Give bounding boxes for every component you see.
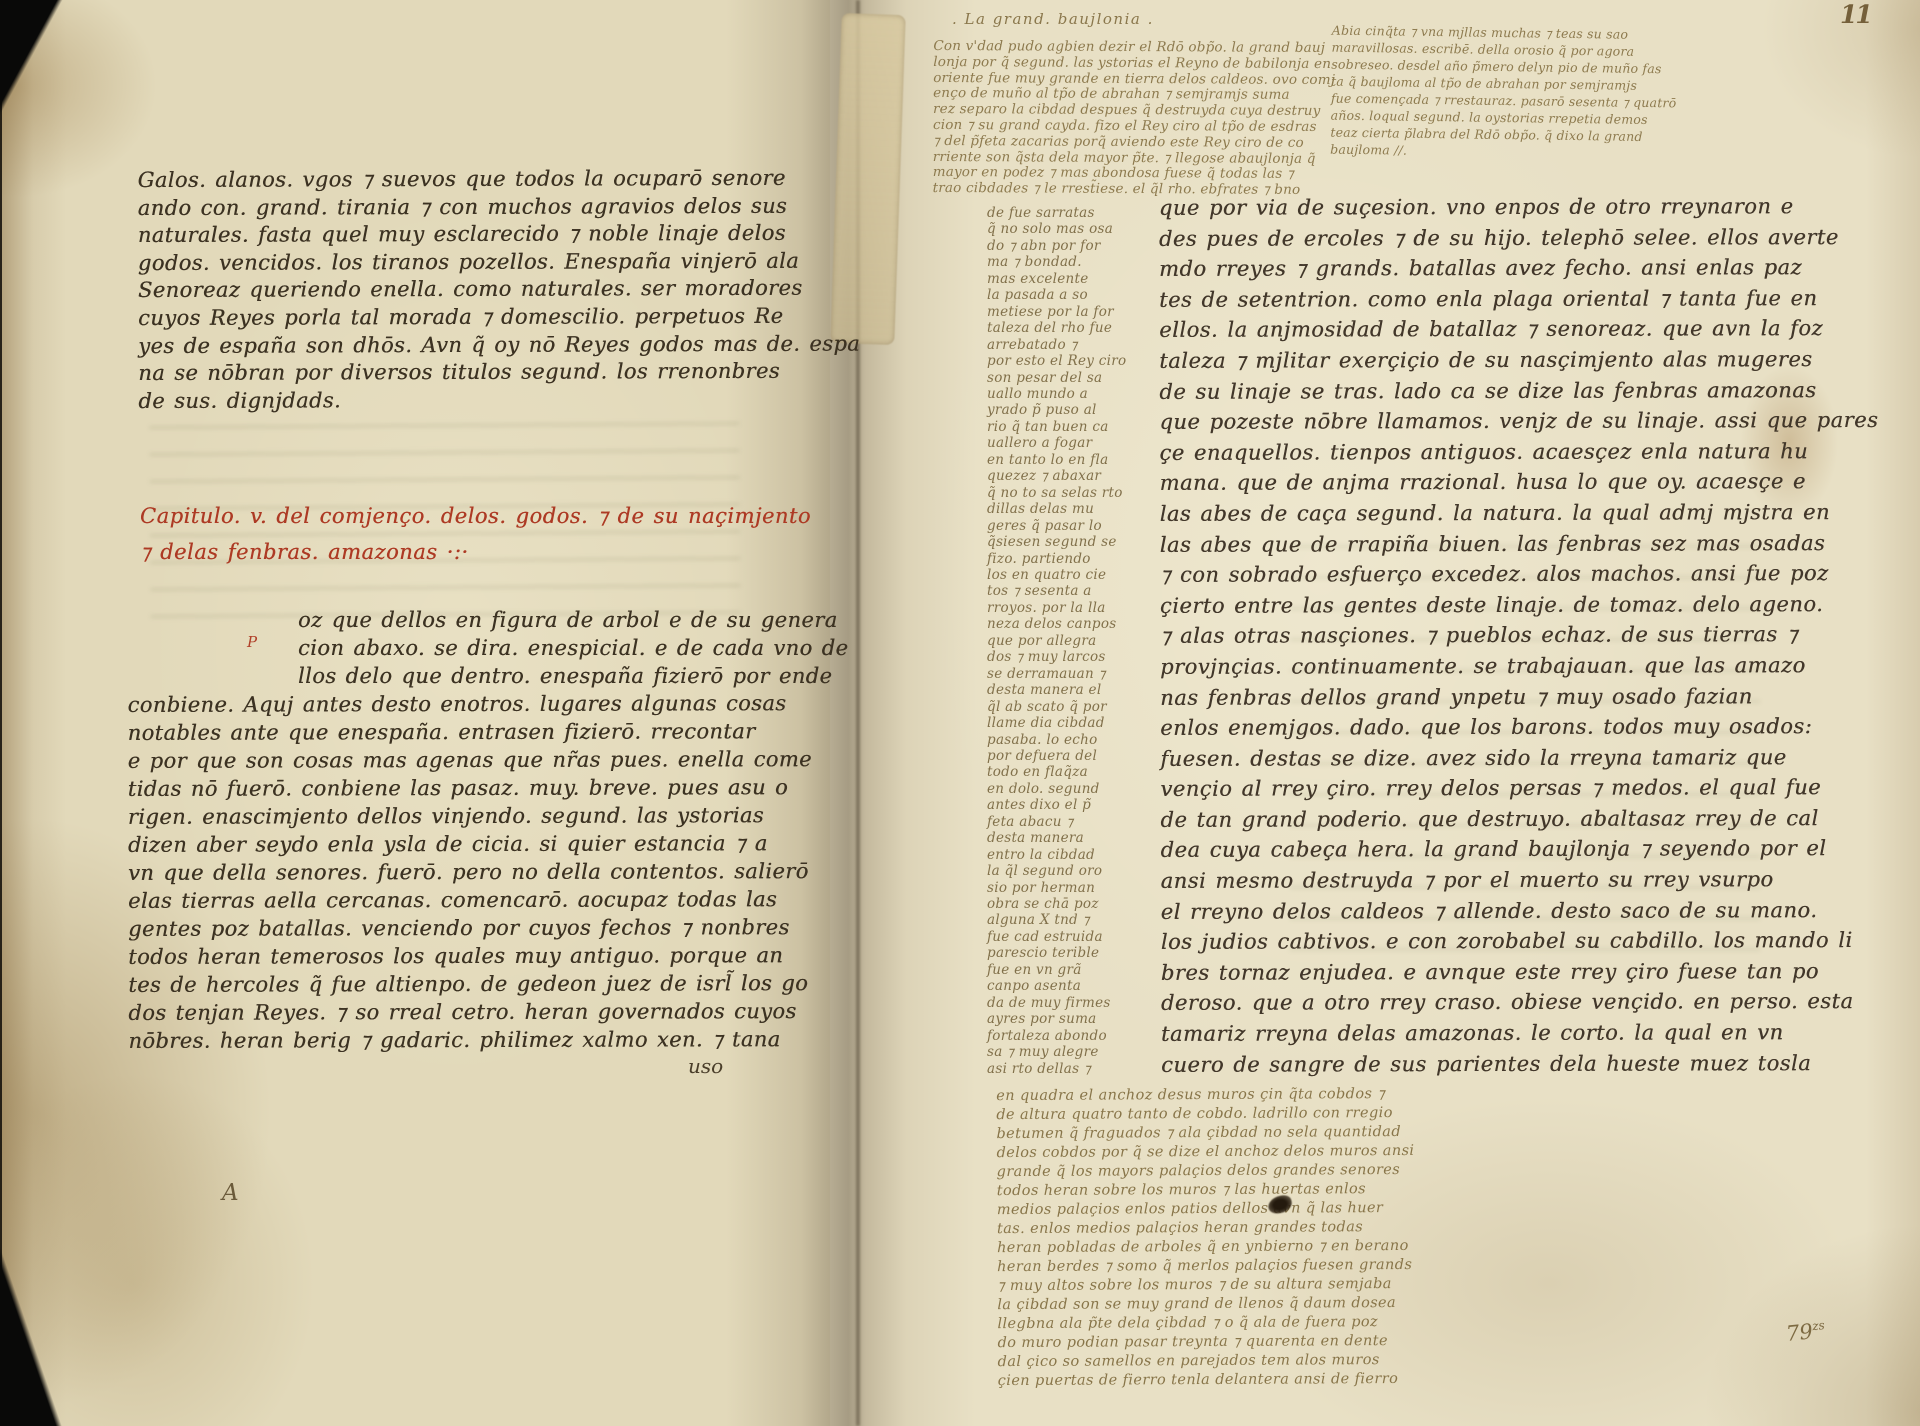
text-line: la pasada a so <box>987 287 1165 303</box>
text-line: tidas nō fuerō. conbiene las pasaz. muy.… <box>128 773 812 803</box>
text-line: que por allegra <box>987 633 1165 649</box>
text-line: pasaba. lo echo <box>987 732 1165 748</box>
text-line: Senoreaz queriendo enella. como naturale… <box>138 275 743 305</box>
text-line: entro la cibdad <box>987 847 1165 863</box>
text-line: metiese por la for <box>987 304 1165 320</box>
text-line: en tanto lo en fla <box>987 452 1165 468</box>
text-line: Capitulo. v. del comjenço. delos. godos.… <box>140 498 811 534</box>
text-line: mana. que de anjma rrazional. husa lo qu… <box>1160 466 1810 498</box>
binding-repair-tape <box>830 13 905 345</box>
text-line: que por via de suçesion. vno enpos de ot… <box>1159 191 1809 223</box>
text-line: yrado p̃ puso al <box>987 402 1165 418</box>
text-line: ma ⁊ bondad. <box>987 254 1165 270</box>
text-line: da de muy firmes <box>987 995 1165 1011</box>
text-line: dos tenjan Reyes. ⁊ so rreal cetro. hera… <box>128 997 812 1027</box>
text-line: alguna X tnd ⁊ <box>987 912 1165 928</box>
text-line: do muro podian pasar treynta ⁊ quarenta … <box>998 1332 1416 1353</box>
text-line: uallero a fogar <box>987 435 1165 451</box>
text-line: sio por herman <box>987 880 1165 896</box>
text-line: se derramauan ⁊ <box>987 666 1165 682</box>
text-line: notables ante que enespaña. entrasen fiz… <box>128 717 812 747</box>
text-line: en dolo. segund <box>987 781 1165 797</box>
text-line: canpo asenta <box>987 978 1165 994</box>
text-line: mdo rreyes ⁊ grands. batallas avez fecho… <box>1159 252 1809 284</box>
quire-mark-superscript: zs <box>1811 1318 1825 1333</box>
chapter-heading-rubric: Capitulo. v. del comjenço. delos. godos.… <box>140 498 811 570</box>
text-line: la q̃l segund oro <box>987 863 1165 879</box>
catchword: uso <box>688 1054 723 1078</box>
text-line: llegbna ala p̃te dela çibdad ⁊ o q̃ ala … <box>997 1313 1415 1334</box>
text-line: rigen. enascimjento dellos vinjendo. seg… <box>128 801 812 831</box>
right-main-text: que por via de suçesion. vno enpos de ot… <box>1159 191 1811 1080</box>
text-line: de sus. dignjdads. <box>138 386 743 416</box>
text-line: grande q̃ los mayors palaçios delos gran… <box>997 1161 1415 1182</box>
text-line: des pues de ercoles ⁊ de su hijo. teleph… <box>1159 222 1809 254</box>
text-line: cion abaxo. se dira. enespicial. e de ca… <box>298 634 848 662</box>
text-line: antes dixo el p̃ <box>987 797 1165 813</box>
text-line: la çibdad son se muy grand de llenos q̃ … <box>997 1294 1415 1315</box>
text-line: Galos. alanos. vgos ⁊ suevos que todos l… <box>138 165 743 195</box>
text-line: gentes poz batallas. venciendo por cuyos… <box>128 913 812 943</box>
bottom-gloss-block: en quadra el anchoz desus muros çin q̃ta… <box>996 1085 1415 1391</box>
text-line: arrebatado ⁊ <box>987 337 1165 353</box>
text-line: çien puertas de fierro tenla delantera a… <box>998 1370 1416 1391</box>
text-line: de altura quatro tanto de cobdo. ladrill… <box>996 1104 1414 1125</box>
text-line: tos ⁊ sesenta a <box>987 583 1165 599</box>
text-line: de fue sarratas <box>987 205 1165 221</box>
top-left-gloss-block: Con v'dad pudo agbien dezir el Rdō obp̃o… <box>933 39 1336 199</box>
text-line: los judios cabtivos. e con zorobabel su … <box>1161 925 1811 957</box>
text-line: todo en flaq̃za <box>987 764 1165 780</box>
text-line: obra se chā poz <box>987 896 1165 912</box>
scan-corner-top-left <box>0 0 95 175</box>
text-line: el rreyno delos caldeos ⁊ allende. desto… <box>1161 895 1811 927</box>
text-line: geres q̃ pasar lo <box>987 518 1165 534</box>
manuscript-scan: Galos. alanos. vgos ⁊ suevos que todos l… <box>0 0 1920 1426</box>
text-line: vençio al rrey çiro. rrey delos persas ⁊… <box>1160 772 1810 804</box>
running-title: . La grand. baujlonia . <box>952 10 1154 28</box>
text-line: dizen aber seydo enla ysla de cicia. si … <box>128 829 812 859</box>
text-line: q̃l ab scato q̃ por <box>987 699 1165 715</box>
text-line: çierto entre las gentes deste linaje. de… <box>1160 589 1810 621</box>
text-line: de su linaje se tras. lado ca se dize la… <box>1159 375 1809 407</box>
text-line: godos. vencidos. los tiranos pozellos. E… <box>138 248 743 278</box>
text-line: conbiene. Aquj antes desto enotros. luga… <box>128 689 812 719</box>
text-line: fue en vn grã <box>987 962 1165 978</box>
text-line: e por que son cosas mas agenas que nr̃as… <box>128 745 812 775</box>
text-line: nas fenbras dellos grand ynpetu ⁊ muy os… <box>1160 681 1810 713</box>
text-line: rroyos. por la lla <box>987 600 1165 616</box>
text-line: q̃siesen segund se <box>987 534 1165 550</box>
text-line: oz que dellos en figura de arbol e de su… <box>298 606 848 634</box>
text-line: de tan grand poderio. que destruyo. abal… <box>1160 803 1810 835</box>
text-line: por defuera del <box>987 748 1165 764</box>
quire-mark-main: 79 <box>1785 1319 1814 1346</box>
initial-guide-letter: P <box>247 633 257 651</box>
text-line: sa ⁊ muy alegre <box>987 1044 1165 1060</box>
text-line: neza delos canpos <box>987 616 1165 632</box>
text-line: que pozeste nōbre llamamos. venjz de su … <box>1159 405 1809 437</box>
text-line: ⁊ con sobrado esfuerço excedez. alos mac… <box>1160 558 1810 590</box>
text-line: ⁊ delas fenbras. amazonas ·:· <box>140 534 811 570</box>
text-line: na se nōbran por diversos titulos segund… <box>138 358 743 388</box>
text-line: feta abacu ⁊ <box>987 814 1165 830</box>
text-line: naturales. fasta quel muy esclarecido ⁊ … <box>138 220 743 250</box>
text-line: heran berdes ⁊ somo q̃ merlos palaçios f… <box>997 1256 1415 1277</box>
left-paragraph-2-indented: oz que dellos en figura de arbol e de su… <box>298 606 848 690</box>
text-line: dos ⁊ muy larcos <box>987 649 1165 665</box>
text-line: mas excelente <box>987 271 1165 287</box>
folio-number: 11 <box>1840 0 1871 29</box>
text-line: heran pobladas de arboles q̃ en ynbierno… <box>997 1237 1415 1258</box>
text-line: medios palaçios enlos patios dellos avn … <box>997 1199 1415 1220</box>
text-line: dea cuya cabeça hera. la grand baujlonja… <box>1161 834 1811 866</box>
text-line: llame dia cibdad <box>987 715 1165 731</box>
text-line: deroso. que a otro rrey craso. obiese ve… <box>1161 987 1811 1019</box>
text-line: fizo. partiendo <box>987 551 1165 567</box>
text-line: yes de españa son dhōs. Avn q̃ oy nō Rey… <box>138 331 743 361</box>
text-line: ellos. la anjmosidad de batallaz ⁊ senor… <box>1159 314 1809 346</box>
text-line: fue cad estruida <box>987 929 1165 945</box>
text-line: cuero de sangre de sus parientes dela hu… <box>1161 1048 1811 1080</box>
top-right-gloss-block: Abia cinq̃ta ⁊ vna mjllas muchas ⁊ teas … <box>1330 22 1677 163</box>
quire-mark: 79zs <box>1785 1318 1827 1346</box>
text-line: tas. enlos medios palaçios heran grandes… <box>997 1218 1415 1239</box>
text-line: nōbres. heran berig ⁊ gadaric. philimez … <box>128 1025 812 1055</box>
text-line: taleza del rho fue <box>987 320 1165 336</box>
text-line: en quadra el anchoz desus muros çin q̃ta… <box>996 1085 1414 1106</box>
text-line: dal çico so samellos en parejados tem al… <box>998 1351 1416 1372</box>
left-paragraph-1: Galos. alanos. vgos ⁊ suevos que todos l… <box>138 165 744 415</box>
text-line: todos heran temerosos los quales muy ant… <box>128 941 812 971</box>
text-line: vn que della senores. fuerō. pero no del… <box>128 857 812 887</box>
left-paragraph-2: conbiene. Aquj antes desto enotros. luga… <box>128 689 813 1055</box>
text-line: ansi mesmo destruyda ⁊ por el muerto su … <box>1161 864 1811 896</box>
text-line: betumen q̃ fraguados ⁊ ala çibdad no sel… <box>996 1123 1414 1144</box>
text-line: bres tornaz enjudea. e avnque este rrey … <box>1161 956 1811 988</box>
text-line: delos cobdos por q̃ se dize el anchoz de… <box>997 1142 1415 1163</box>
text-line: tes de hercoles q̃ fue altienpo. de gede… <box>128 969 812 999</box>
text-line: q̃ no to sa selas rto <box>987 485 1165 501</box>
scan-corner-bottom-left <box>0 1136 100 1426</box>
quire-signature-letter: A <box>222 1180 239 1206</box>
text-line: cuyos Reyes porla tal morada ⁊ domescili… <box>138 303 743 333</box>
text-line: ⁊ alas otras nasçiones. ⁊ pueblos echaz.… <box>1160 619 1810 651</box>
text-line: todos heran sobre los muros ⁊ las huerta… <box>997 1180 1415 1201</box>
text-line: fuesen. destas se dize. avez sido la rre… <box>1160 742 1810 774</box>
text-line: tamariz rreyna delas amazonas. le corto.… <box>1161 1017 1811 1049</box>
text-line: taleza ⁊ mjlitar exerçiçio de su nasçimj… <box>1159 344 1809 376</box>
text-line: ando con. grand. tirania ⁊ con muchos ag… <box>138 193 743 223</box>
text-line: quezez ⁊ abaxar <box>987 468 1165 484</box>
text-line: ⁊ muy altos sobre los muros ⁊ de su altu… <box>997 1275 1415 1296</box>
text-line: q̃ no solo mas osa <box>987 221 1165 237</box>
text-line: ayres por suma <box>987 1011 1165 1027</box>
text-line: por esto el Rey ciro <box>987 353 1165 369</box>
text-line: las abes de caça segund. la natura. la q… <box>1160 497 1810 529</box>
text-line: desta manera <box>987 830 1165 846</box>
text-line: asi rto dellas ⁊ <box>987 1061 1165 1077</box>
text-line: enlos enemjgos. dado. que los barons. to… <box>1160 711 1810 743</box>
text-line: llos delo que dentro. enespaña fizierō p… <box>298 662 848 690</box>
text-line: uallo mundo a <box>987 386 1165 402</box>
text-line: dillas delas mu <box>987 501 1165 517</box>
text-line: son pesar del sa <box>987 370 1165 386</box>
text-line: çe enaquellos. tienpos antiguos. acaesçe… <box>1159 436 1809 468</box>
text-line: elas tierras aella cercanas. comencarō. … <box>128 885 812 915</box>
text-line: tes de setentrion. como enla plaga orien… <box>1159 283 1809 315</box>
text-line: desta manera el <box>987 682 1165 698</box>
text-line: fortaleza abondo <box>987 1028 1165 1044</box>
margin-gloss-column: de fue sarratasq̃ no solo mas osado ⁊ ab… <box>987 205 1165 1077</box>
text-line: parescio terible <box>987 945 1165 961</box>
text-line: las abes que de rrapiña biuen. las fenbr… <box>1160 528 1810 560</box>
text-line: do ⁊ abn por for <box>987 238 1165 254</box>
text-line: los en quatro cie <box>987 567 1165 583</box>
text-line: provjnçias. continuamente. se trabajauan… <box>1160 650 1810 682</box>
text-line: rio q̃ tan buen ca <box>987 419 1165 435</box>
